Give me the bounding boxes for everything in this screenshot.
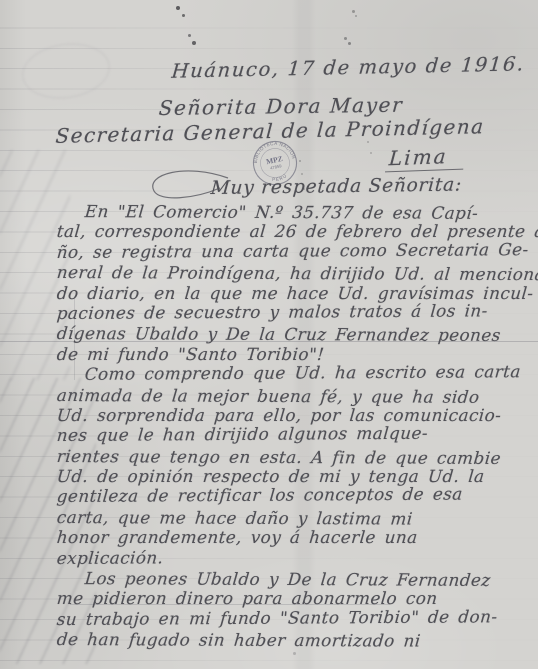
pin-hole bbox=[176, 6, 180, 10]
letter-line: paciones de secuestro y malos tratos á l… bbox=[56, 300, 532, 323]
pin-hole bbox=[348, 42, 351, 45]
letter-line: ño, se registra una carta que como Secre… bbox=[56, 239, 532, 262]
letter-line: carta, que me hace daño y lastima mi bbox=[56, 507, 532, 529]
ink-dot bbox=[293, 652, 296, 655]
letter-line: gentileza de rectificar los conceptos de… bbox=[56, 484, 532, 507]
letter-line: explicación. bbox=[56, 545, 532, 568]
ink-dot bbox=[370, 152, 372, 154]
pin-hole bbox=[355, 15, 357, 17]
pin-hole bbox=[192, 41, 196, 45]
letter-line: animada de la mejor buena fé, y que ha s… bbox=[56, 385, 532, 407]
pin-hole bbox=[344, 37, 347, 40]
ink-dot bbox=[367, 141, 369, 143]
stamp-number: 47859 bbox=[270, 163, 283, 170]
pin-hole bbox=[188, 34, 191, 37]
letter-body: En "El Comercio" N.º 35.737 de esa Capí-… bbox=[56, 201, 530, 650]
recipient-city: Lima bbox=[385, 144, 465, 173]
letter-scan-page: BIBLIOTECA NACIONAL PERÚ MPZ 47859 Huánu… bbox=[0, 0, 538, 669]
letter-line: dígenas Ubaldo y De la Cruz Fernandez pe… bbox=[56, 323, 532, 345]
letter-line: su trabajo en mi fundo "Santo Toribio" d… bbox=[56, 606, 532, 629]
pin-hole bbox=[352, 10, 355, 13]
letter-line: rientes que tengo en esta. A fin de que … bbox=[56, 446, 532, 468]
pin-hole bbox=[182, 14, 185, 17]
letter-line: nes que le han dirijido algunos malque- bbox=[56, 422, 532, 445]
salutation: Muy respetada Señorita: bbox=[210, 174, 463, 199]
letter-line: neral de la Proindígena, ha dirijido Ud.… bbox=[56, 262, 532, 284]
letter-line: de han fugado sin haber amortizado ni bbox=[56, 629, 532, 651]
letter-line: Como comprendo que Ud. ha escrito esa ca… bbox=[56, 361, 532, 384]
